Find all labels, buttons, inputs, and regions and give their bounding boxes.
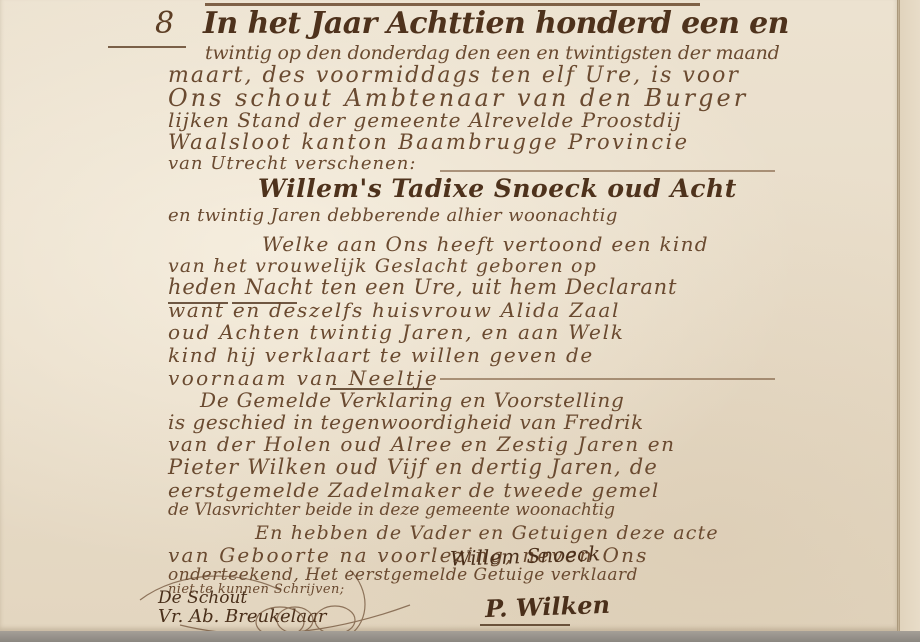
signature-witness: P. Wilken: [485, 590, 611, 623]
opening-line-6: Waalsloot kanton Baambrugge Provincie: [168, 130, 689, 154]
witnesses-line-2: is geschied in tegenwoordigheid van Fred…: [168, 410, 644, 434]
opening-line-7: van Utrecht verschenen:: [168, 153, 416, 174]
witnesses-line-4: Pieter Wilken oud Vijf en dertig Jaren, …: [168, 455, 658, 479]
witnesses-line-6: de Vlasvrichter beide in deze gemeente w…: [168, 500, 615, 520]
facing-page-edge: [900, 0, 920, 636]
bottom-background-strip: [0, 631, 920, 642]
margin-rule-line: [108, 46, 186, 48]
declaration-line-4: want en deszelfs huisvrouw Alida Zaal: [168, 298, 620, 322]
declaration-line-7: voornaam van Neeltje: [168, 366, 439, 390]
signature-witness-underline: [480, 624, 570, 626]
flourish-line-2: [440, 378, 775, 380]
witnesses-line-5: eerstgemelde Zadelmaker de tweede gemel: [168, 478, 659, 502]
signature-flourish-loops: [120, 560, 460, 640]
flourish-line: [440, 170, 775, 172]
declaration-line-3: heden Nacht ten een Ure, uit hem Declara…: [168, 275, 677, 299]
declaration-line-2: van het vrouwelijk Geslacht geboren op: [168, 255, 597, 277]
declarant-line-2: en twintig Jaren debberende alhier woona…: [168, 205, 618, 226]
closing-line-1: En hebben de Vader en Getuigen deze acte: [255, 522, 719, 544]
declaration-line-6: kind hij verklaart te willen geven de: [168, 343, 594, 367]
witnesses-line-3: van der Holen oud Alree en Zestig Jaren …: [168, 432, 676, 456]
declaration-line-1: Welke aan Ons heeft vertoond een kind: [262, 232, 709, 256]
opening-line-2: twintig op den donderdag den een en twin…: [205, 42, 780, 64]
entry-number: 8: [155, 6, 174, 41]
declaration-line-5: oud Achten twintig Jaren, en aan Welk: [168, 320, 625, 344]
witnesses-line-1: De Gemelde Verklaring en Voorstelling: [200, 388, 625, 412]
opening-line-5: lijken Stand der gemeente Alrevelde Proo…: [168, 108, 681, 132]
declarant-line-1: Willem's Tadixe Snoeck oud Acht: [258, 174, 737, 203]
register-page: 8 In het Jaar Achttien honderd een en tw…: [0, 0, 897, 631]
opening-line-1: In het Jaar Achttien honderd een en: [203, 6, 789, 41]
